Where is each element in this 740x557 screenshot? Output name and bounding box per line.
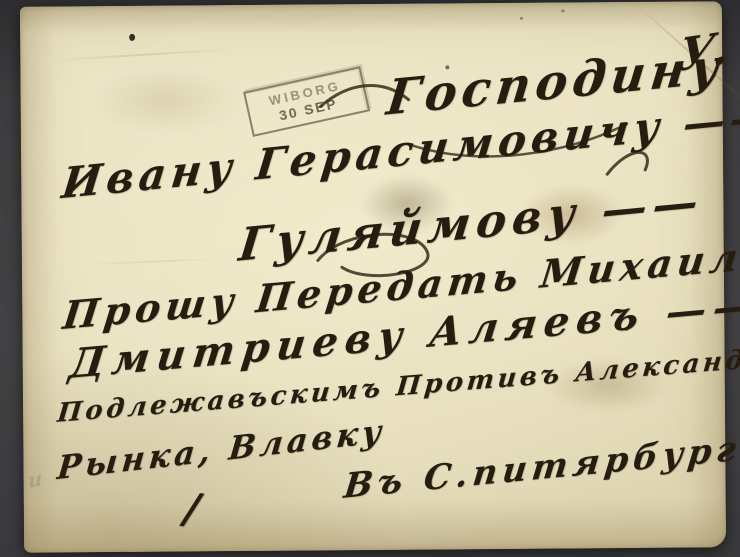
postmark-box: WIBORG 30 SEP: [243, 66, 370, 137]
corner-toning: [90, 65, 241, 136]
fold-crease: [82, 258, 222, 266]
fold-crease: [48, 48, 238, 61]
address-line-8: Въ С.питярбургѣ: [342, 425, 740, 507]
ink-speck: [561, 9, 565, 12]
slash-mark: /: [182, 483, 202, 533]
ink-speck: [520, 17, 523, 20]
envelope: WIBORG 30 SEP У. Господину Ивану Герасим…: [20, 1, 726, 552]
pencil-notation: и: [27, 466, 42, 493]
ink-speck: [129, 34, 135, 41]
photo-frame: WIBORG 30 SEP У. Господину Ивану Герасим…: [0, 0, 740, 557]
